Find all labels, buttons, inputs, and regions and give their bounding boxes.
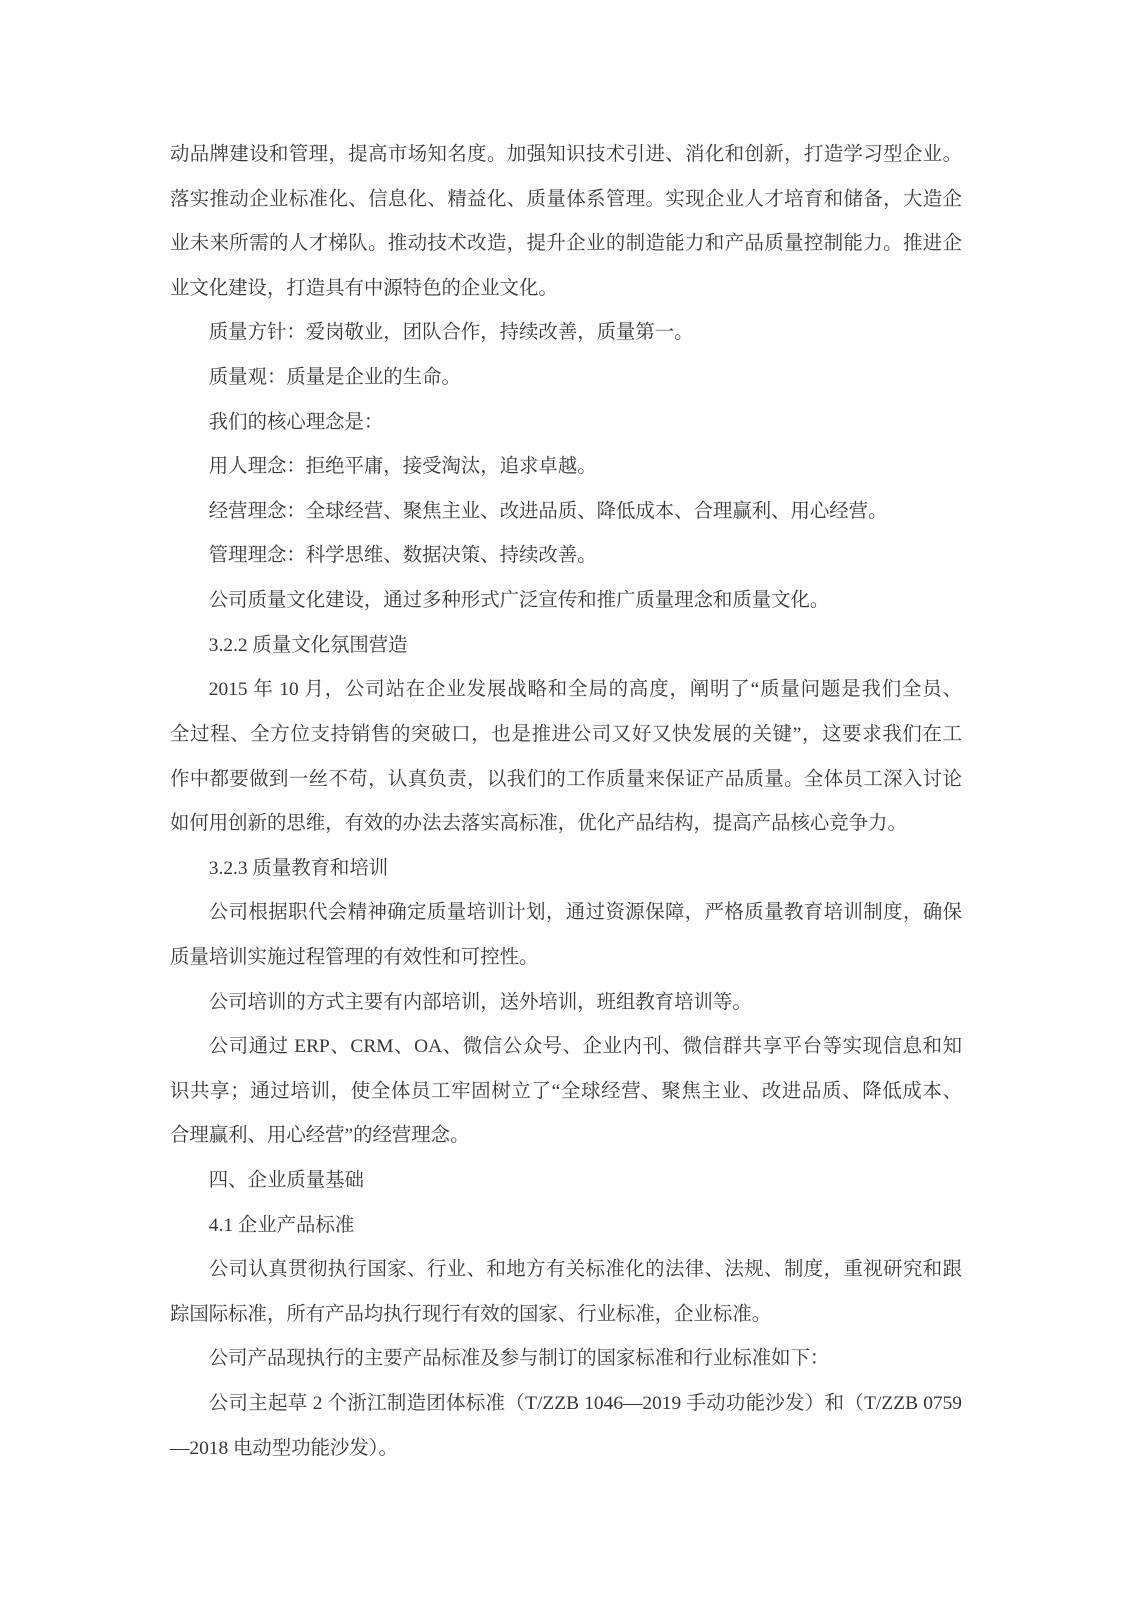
text-line: 公司根据职代会精神确定质量培训计划，通过资源保障，严格质量教育培训制度，确保 [170, 891, 962, 936]
text-line: 四、企业质量基础 [170, 1159, 962, 1204]
text-line: 动品牌建设和管理，提高市场知名度。加强知识技术引进、消化和创新，打造学习型企业。 [170, 133, 962, 178]
text-line: 3.2.2 质量文化氛围营造 [170, 624, 962, 669]
text-line: 2015 年 10 月，公司站在企业发展战略和全局的高度，阐明了“质量问题是我们… [170, 668, 962, 713]
text-line: 质量观：质量是企业的生命。 [170, 356, 962, 401]
document-text-block: 动品牌建设和管理，提高市场知名度。加强知识技术引进、消化和创新，打造学习型企业。… [170, 133, 962, 1471]
document-page: 动品牌建设和管理，提高市场知名度。加强知识技术引进、消化和创新，打造学习型企业。… [0, 0, 1131, 1600]
text-line: 公司质量文化建设，通过多种形式广泛宣传和推广质量理念和质量文化。 [170, 579, 962, 624]
text-line: 用人理念：拒绝平庸，接受淘汰，追求卓越。 [170, 445, 962, 490]
text-line: 公司产品现执行的主要产品标准及参与制订的国家标准和行业标准如下： [170, 1337, 962, 1382]
text-line: 管理理念：科学思维、数据决策、持续改善。 [170, 534, 962, 579]
text-line: 踪国际标准，所有产品均执行现行有效的国家、行业标准，企业标准。 [170, 1293, 962, 1338]
text-line: 全过程、全方位支持销售的突破口，也是推进公司又好又快发展的关键”，这要求我们在工 [170, 713, 962, 758]
text-line: 业文化建设，打造具有中源特色的企业文化。 [170, 267, 962, 312]
text-line: 公司主起草 2 个浙江制造团体标准（T/ZZB 1046—2019 手动功能沙发… [170, 1382, 962, 1427]
text-line: 合理赢利、用心经营”的经营理念。 [170, 1114, 962, 1159]
text-line: 作中都要做到一丝不苟，认真负责，以我们的工作质量来保证产品质量。全体员工深入讨论 [170, 758, 962, 803]
text-line: 落实推动企业标准化、信息化、精益化、质量体系管理。实现企业人才培育和储备，大造企 [170, 178, 962, 223]
text-line: 我们的核心理念是： [170, 401, 962, 446]
text-line: 公司通过 ERP、CRM、OA、微信公众号、企业内刊、微信群共享平台等实现信息和… [170, 1025, 962, 1070]
text-line: 4.1 企业产品标准 [170, 1204, 962, 1249]
text-line: 识共享；通过培训，使全体员工牢固树立了“全球经营、聚焦主业、改进品质、降低成本、 [170, 1070, 962, 1115]
text-line: —2018 电动型功能沙发）。 [170, 1427, 962, 1472]
text-line: 质量方针：爱岗敬业，团队合作，持续改善，质量第一。 [170, 311, 962, 356]
text-line: 业未来所需的人才梯队。推动技术改造，提升企业的制造能力和产品质量控制能力。推进企 [170, 222, 962, 267]
text-line: 质量培训实施过程管理的有效性和可控性。 [170, 936, 962, 981]
text-line: 如何用创新的思维，有效的办法去落实高标准，优化产品结构，提高产品核心竞争力。 [170, 802, 962, 847]
text-line: 公司培训的方式主要有内部培训，送外培训，班组教育培训等。 [170, 981, 962, 1026]
text-line: 公司认真贯彻执行国家、行业、和地方有关标准化的法律、法规、制度，重视研究和跟 [170, 1248, 962, 1293]
text-line: 3.2.3 质量教育和培训 [170, 847, 962, 892]
text-line: 经营理念：全球经营、聚焦主业、改进品质、降低成本、合理赢利、用心经营。 [170, 490, 962, 535]
